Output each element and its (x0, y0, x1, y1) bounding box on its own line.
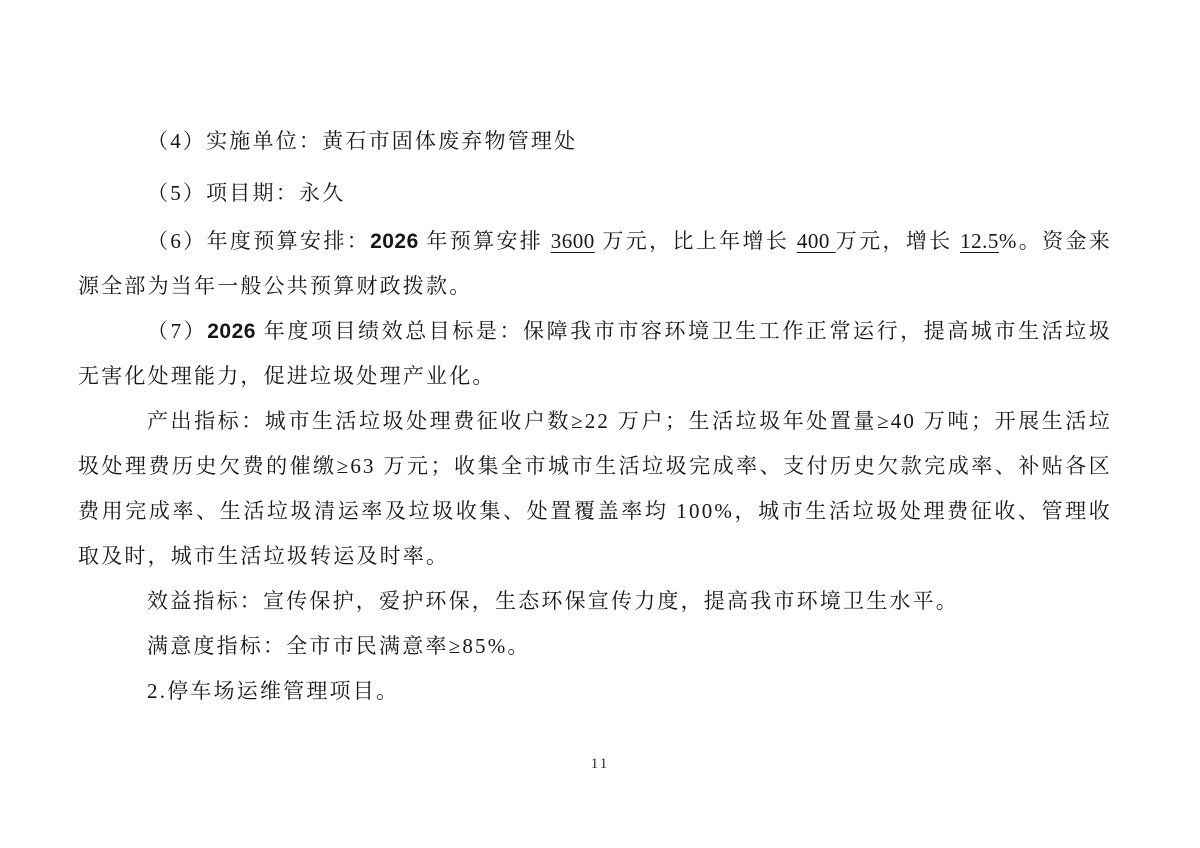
paragraph-item2-parking: 2.停车场运维管理项目。 (78, 669, 1112, 714)
page-number: 11 (0, 756, 1200, 773)
document-page: （4）实施单位：黄石市固体废弃物管理处 （5）项目期：永久 （6）年度预算安排：… (0, 0, 1200, 848)
budget-increase-amount: 400 (797, 229, 836, 253)
goal-text-pre: （7） (147, 319, 207, 343)
budget-text-pre: （6）年度预算安排： (147, 229, 370, 253)
budget-text-mid2: 万元，比上年增长 (595, 229, 797, 253)
paragraph-implementing-unit: （4）实施单位：黄石市固体废弃物管理处 (78, 119, 1112, 164)
paragraph-annual-budget: （6）年度预算安排：2026 年预算安排 3600 万元，比上年增长 400 万… (78, 219, 1112, 309)
paragraph-project-period: （5）项目期：永久 (78, 171, 1112, 216)
goal-year: 2026 (207, 320, 256, 343)
paragraph-benefit-indicator: 效益指标：宣传保护，爱护环保，生态环保宣传力度，提高我市环境卫生水平。 (78, 579, 1112, 624)
paragraph-performance-goal: （7）2026 年度项目绩效总目标是：保障我市市容环境卫生工作正常运行，提高城市… (78, 309, 1112, 399)
paragraph-satisfaction-indicator: 满意度指标：全市市民满意率≥85%。 (78, 624, 1112, 669)
paragraph-output-indicator: 产出指标：城市生活垃圾处理费征收户数≥22 万户；生活垃圾年处置量≥40 万吨；… (78, 399, 1112, 579)
budget-year: 2026 (370, 230, 419, 253)
document-body: （4）实施单位：黄石市固体废弃物管理处 （5）项目期：永久 （6）年度预算安排：… (78, 119, 1112, 714)
budget-growth-percent: 12.5 (960, 229, 999, 253)
budget-amount: 3600 (551, 229, 595, 253)
budget-text-mid1: 年预算安排 (419, 229, 551, 253)
budget-text-mid3: 万元，增长 (836, 229, 960, 253)
